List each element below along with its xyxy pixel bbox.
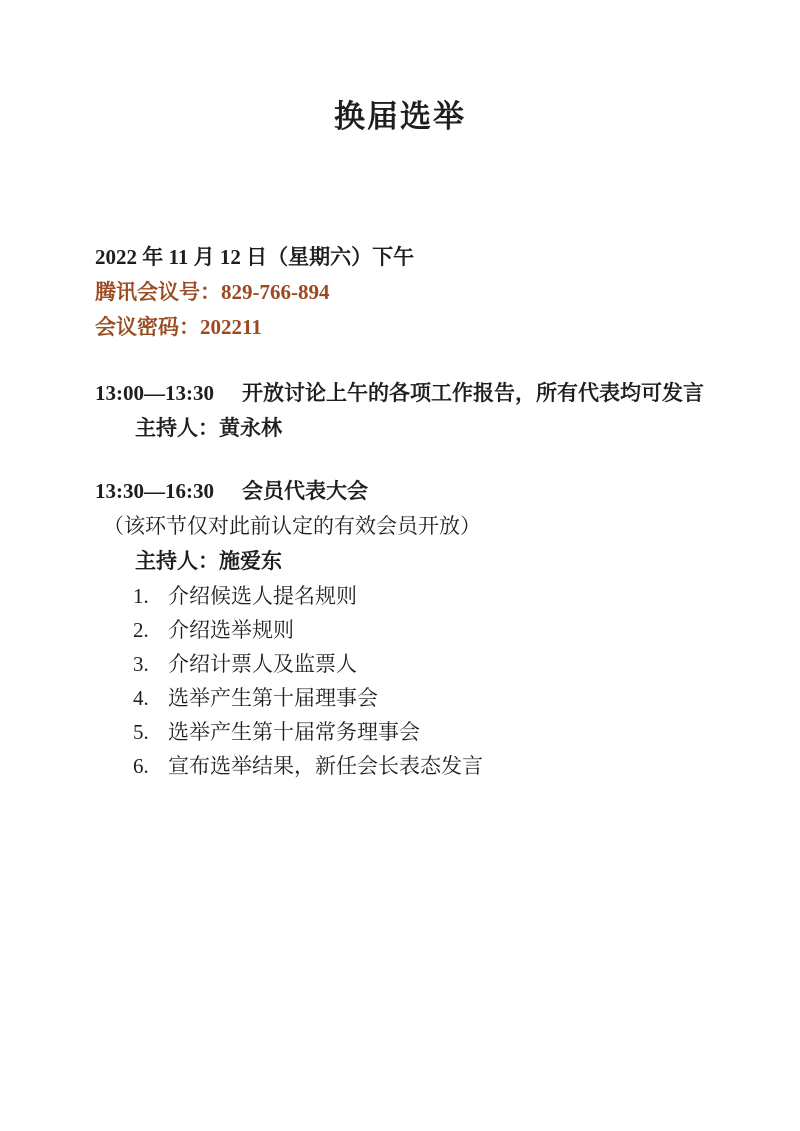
agenda-item-text: 介绍计票人及监票人 bbox=[168, 652, 357, 676]
agenda-item-text: 选举产生第十届常务理事会 bbox=[168, 720, 420, 744]
meeting-password-value: 202211 bbox=[200, 315, 262, 339]
meeting-id-value: 829-766-894 bbox=[221, 280, 330, 304]
session-1-host-name: 黄永林 bbox=[219, 416, 282, 440]
session-2-title: 会员代表大会 bbox=[242, 479, 368, 503]
agenda-item-number: 2. bbox=[133, 613, 168, 647]
session-2-host-label: 主持人： bbox=[135, 549, 219, 573]
agenda-item-text: 宣布选举结果，新任会长表态发言 bbox=[168, 754, 483, 778]
session-1: 13:00—13:30开放讨论上午的各项工作报告，所有代表均可发言 主持人：黄永… bbox=[0, 376, 800, 446]
agenda-list: 1.介绍候选人提名规则 2.介绍选举规则 3.介绍计票人及监票人 4.选举产生第… bbox=[0, 579, 800, 783]
agenda-item-number: 6. bbox=[133, 749, 168, 783]
session-2-time: 13:30—16:30 bbox=[95, 479, 214, 503]
session-2-host-name: 施爱东 bbox=[219, 549, 282, 573]
page-title: 换届选举 bbox=[0, 0, 800, 138]
agenda-item-number: 3. bbox=[133, 647, 168, 681]
session-1-title: 开放讨论上午的各项工作报告，所有代表均可发言 bbox=[242, 381, 704, 405]
agenda-item-number: 5. bbox=[133, 715, 168, 749]
date-line: 2022 年 11 月 12 日（星期六）下午 bbox=[0, 240, 800, 275]
session-2: 13:30—16:30会员代表大会 （该环节仅对此前认定的有效会员开放） 主持人… bbox=[0, 474, 800, 783]
session-1-host-label: 主持人： bbox=[135, 416, 219, 440]
session-2-heading: 13:30—16:30会员代表大会 bbox=[0, 474, 800, 509]
agenda-item: 4.选举产生第十届理事会 bbox=[0, 681, 800, 715]
session-2-host-line: 主持人：施爱东 bbox=[0, 544, 800, 579]
meeting-id-line: 腾讯会议号：829-766-894 bbox=[0, 275, 800, 310]
agenda-item-text: 选举产生第十届理事会 bbox=[168, 686, 378, 710]
session-1-time: 13:00—13:30 bbox=[95, 381, 214, 405]
agenda-item-number: 1. bbox=[133, 579, 168, 613]
meeting-password-label: 会议密码： bbox=[95, 315, 200, 339]
meeting-password-line: 会议密码：202211 bbox=[0, 310, 800, 345]
agenda-item: 2.介绍选举规则 bbox=[0, 613, 800, 647]
session-2-note: （该环节仅对此前认定的有效会员开放） bbox=[0, 509, 800, 544]
meeting-id-label: 腾讯会议号： bbox=[95, 280, 221, 304]
agenda-item-text: 介绍选举规则 bbox=[168, 618, 294, 642]
agenda-item: 1.介绍候选人提名规则 bbox=[0, 579, 800, 613]
agenda-item: 5.选举产生第十届常务理事会 bbox=[0, 715, 800, 749]
agenda-item: 3.介绍计票人及监票人 bbox=[0, 647, 800, 681]
document-page: 换届选举 2022 年 11 月 12 日（星期六）下午 腾讯会议号：829-7… bbox=[0, 0, 800, 1131]
session-1-host-line: 主持人：黄永林 bbox=[0, 411, 800, 446]
agenda-item-number: 4. bbox=[133, 681, 168, 715]
agenda-item: 6.宣布选举结果，新任会长表态发言 bbox=[0, 749, 800, 783]
agenda-item-text: 介绍候选人提名规则 bbox=[168, 584, 357, 608]
session-1-heading: 13:00—13:30开放讨论上午的各项工作报告，所有代表均可发言 bbox=[0, 376, 800, 411]
